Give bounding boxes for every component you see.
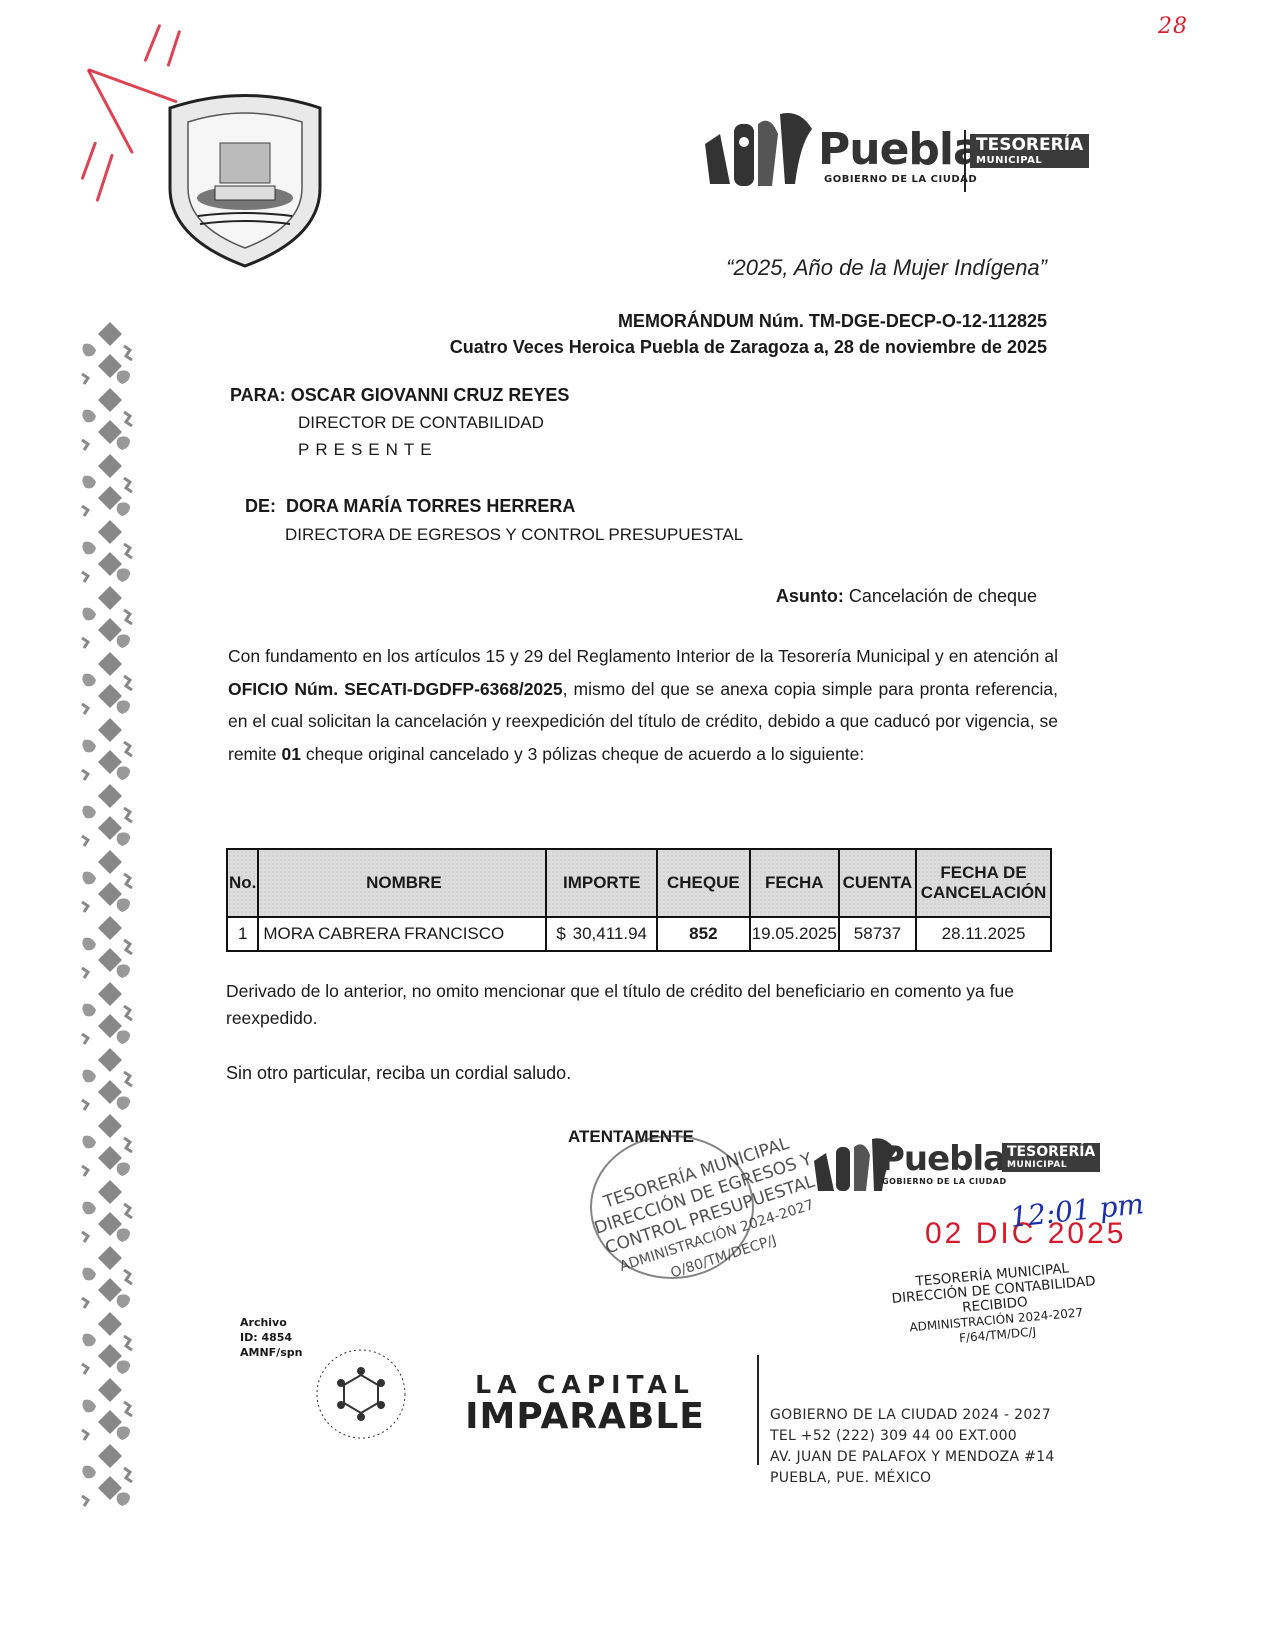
- body-paragraph-1: Con fundamento en los artículos 15 y 29 …: [228, 640, 1058, 770]
- footer-divider: [757, 1355, 759, 1465]
- logo-divider: [964, 130, 966, 192]
- cheque-table: No. NOMBRE IMPORTE CHEQUE FECHA CUENTA F…: [226, 848, 1052, 952]
- sender-line: DE: DORA MARÍA TORRES HERRERA: [245, 496, 575, 517]
- city-crest-icon: [160, 88, 330, 268]
- currency-symbol: $: [556, 924, 565, 944]
- col-header-nombre: NOMBRE: [258, 849, 546, 917]
- body-paragraph-3: Sin otro particular, reciba un cordial s…: [226, 1063, 571, 1084]
- footer-contact-info: GOBIERNO DE LA CIUDAD 2024 - 2027 TEL +5…: [770, 1405, 1055, 1489]
- recipient-line: PARA: OSCAR GIOVANNI CRUZ REYES: [230, 385, 569, 406]
- col-header-cheque: CHEQUE: [657, 849, 750, 917]
- memo-place-date: Cuatro Veces Heroica Puebla de Zaragoza …: [450, 337, 1047, 358]
- memo-number: MEMORÁNDUM Núm. TM-DGE-DECP-O-12-112825: [618, 311, 1047, 332]
- logo-subtitle: GOBIERNO DE LA CIUDAD: [824, 174, 977, 185]
- received-stamp-logo: Puebla GOBIERNO DE LA CIUDAD TESORERÍA M…: [810, 1133, 1150, 1197]
- cell-nombre: MORA CABRERA FRANCISCO: [258, 917, 546, 951]
- col-header-fecha-cancelacion: FECHA DE CANCELACIÓN: [916, 849, 1051, 917]
- cell-importe: $ 30,411.94: [546, 917, 657, 951]
- recipient-title: DIRECTOR DE CONTABILIDAD: [298, 413, 544, 433]
- decorative-border-ornament: [78, 320, 138, 1510]
- tesoreria-badge: TESORERÍA MUNICIPAL: [970, 134, 1089, 168]
- cell-fecha: 19.05.2025: [750, 917, 839, 951]
- cell-cuenta: 58737: [839, 917, 916, 951]
- puebla-emblem-icon: [700, 104, 820, 190]
- sender-label: DE:: [245, 496, 276, 516]
- cheque-count: 01: [281, 744, 300, 764]
- col-header-no: No.: [227, 849, 258, 917]
- table-header-row: No. NOMBRE IMPORTE CHEQUE FECHA CUENTA F…: [227, 849, 1051, 917]
- page-annotation: 28: [1158, 14, 1188, 39]
- slogan-line-2: IMPARABLE: [440, 1399, 730, 1435]
- recipient-name: OSCAR GIOVANNI CRUZ REYES: [291, 385, 570, 405]
- cell-cheque: 852: [657, 917, 750, 951]
- body-paragraph-2: Derivado de lo anterior, no omito mencio…: [226, 978, 1056, 1032]
- logo-word: Puebla: [880, 1139, 1005, 1179]
- tesoreria-badge: TESORERÍA MUNICIPAL: [1002, 1143, 1100, 1172]
- recipient-label: PARA:: [230, 385, 286, 405]
- table-row: 1 MORA CABRERA FRANCISCO $ 30,411.94 852…: [227, 917, 1051, 951]
- equality-norm-seal-icon: [312, 1345, 410, 1443]
- cell-no: 1: [227, 917, 258, 951]
- year-motto: “2025, Año de la Mujer Indígena”: [726, 255, 1047, 281]
- header-logo: Puebla GOBIERNO DE LA CIUDAD TESORERÍA M…: [700, 104, 1120, 198]
- subject-label: Asunto:: [776, 586, 844, 606]
- archive-reference: Archivo ID: 4854 AMNF/spn: [240, 1315, 302, 1360]
- recipient-present: PRESENTE: [298, 440, 438, 460]
- footer-slogan: LA CAPITAL IMPARABLE: [440, 1370, 730, 1435]
- cell-fecha-cancelacion: 28.11.2025: [916, 917, 1051, 951]
- col-header-fecha: FECHA: [750, 849, 839, 917]
- subject-text: Cancelación de cheque: [849, 586, 1037, 606]
- col-header-importe: IMPORTE: [546, 849, 657, 917]
- oficio-reference: OFICIO Núm. SECATI-DGDFP-6368/2025: [228, 679, 563, 699]
- sender-title: DIRECTORA DE EGRESOS Y CONTROL PRESUPUES…: [285, 525, 743, 545]
- received-stamp: TESORERÍA MUNICIPAL DIRECCIÓN DE CONTABI…: [877, 1258, 1113, 1353]
- subject-line: Asunto: Cancelación de cheque: [776, 586, 1037, 607]
- logo-word: Puebla: [818, 124, 982, 175]
- col-header-cuenta: CUENTA: [839, 849, 916, 917]
- importe-value: 30,411.94: [573, 924, 647, 944]
- logo-subtitle: GOBIERNO DE LA CIUDAD: [882, 1177, 1007, 1186]
- sender-name: DORA MARÍA TORRES HERRERA: [286, 496, 575, 516]
- slogan-line-1: LA CAPITAL: [440, 1370, 730, 1399]
